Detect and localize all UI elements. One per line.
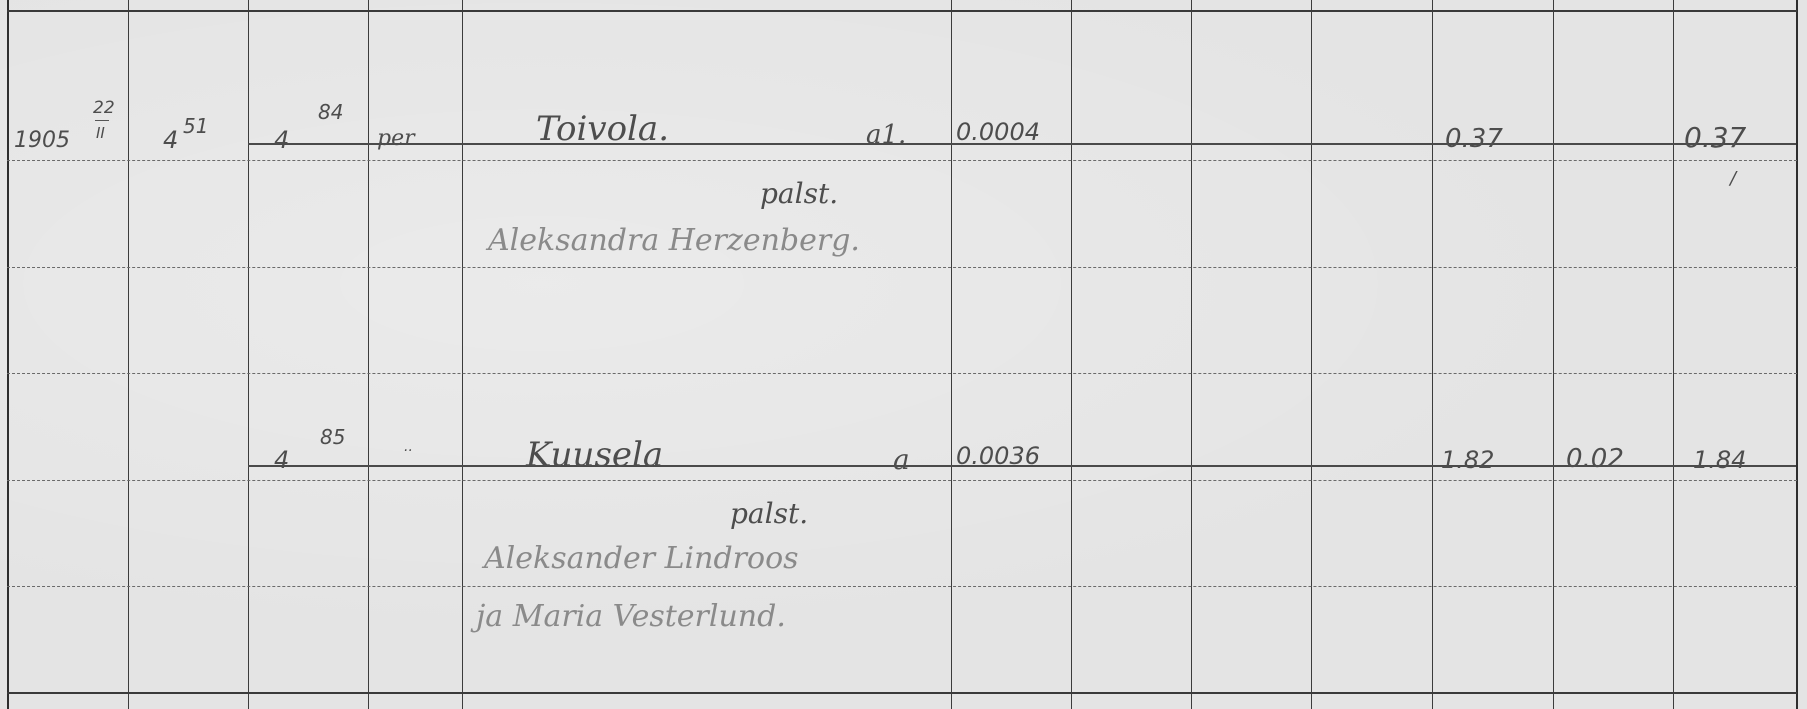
note-label: palst. [730, 500, 808, 528]
entry-date-day: 22 [93, 100, 115, 117]
column-rule [128, 0, 129, 709]
column-rule [368, 0, 369, 709]
column-rule [1071, 0, 1072, 709]
total-mark: / [1730, 170, 1736, 188]
row-rule [7, 373, 1797, 374]
row-rule-top [7, 10, 1797, 12]
estate-name: Kuusela [526, 438, 663, 472]
amount-1: 0.37 [1445, 126, 1503, 152]
note-label: palst. [760, 180, 838, 208]
amount-2: 0.02 [1566, 446, 1624, 472]
parcel-number: 4 [274, 128, 289, 152]
estate-qualifier: a1. [866, 122, 906, 148]
column-rule [7, 0, 9, 709]
column-rule [462, 0, 463, 709]
estate-name: Toivola. [536, 112, 669, 146]
column-rule [1191, 0, 1192, 709]
estate-qualifier: a [893, 446, 910, 474]
share-value: 0.0036 [956, 444, 1040, 468]
entry-date-year: 1905 [14, 130, 70, 152]
ditto-mark: .. [404, 440, 413, 454]
column-rule [248, 0, 249, 709]
column-rule [1432, 0, 1433, 709]
total-amount: 0.37 [1684, 124, 1746, 152]
total-amount: 1.84 [1693, 448, 1746, 472]
date-fraction-bar [95, 120, 109, 121]
row-rule [7, 160, 1797, 161]
row-rule [7, 480, 1797, 481]
column-rule [951, 0, 952, 709]
ref-number: 4 [163, 128, 178, 152]
row-rule-bottom [7, 692, 1797, 694]
column-rule [1673, 0, 1674, 709]
owner-line: Aleksander Lindroos [484, 544, 799, 574]
owner-line: Aleksandra Herzenberg. [488, 226, 860, 256]
parcel-number-sup: 85 [320, 427, 345, 447]
per-mark: per [377, 128, 415, 150]
column-rule [1311, 0, 1312, 709]
parcel-number-sup: 84 [318, 102, 343, 122]
column-rule [1796, 0, 1798, 709]
parcel-number: 4 [274, 448, 289, 472]
share-value: 0.0004 [956, 120, 1040, 144]
entry-date-month: II [96, 126, 105, 141]
column-rule [1553, 0, 1554, 709]
row-rule [7, 586, 1797, 587]
ref-number-sup: 51 [183, 116, 208, 136]
owner-line: ja Maria Vesterlund. [476, 602, 786, 632]
row-rule [7, 267, 1797, 268]
ledger-sheet: 1905 22 II 4 51 4 84 per Toivola. a1. 0.… [0, 0, 1807, 709]
amount-1: 1.82 [1441, 448, 1494, 472]
